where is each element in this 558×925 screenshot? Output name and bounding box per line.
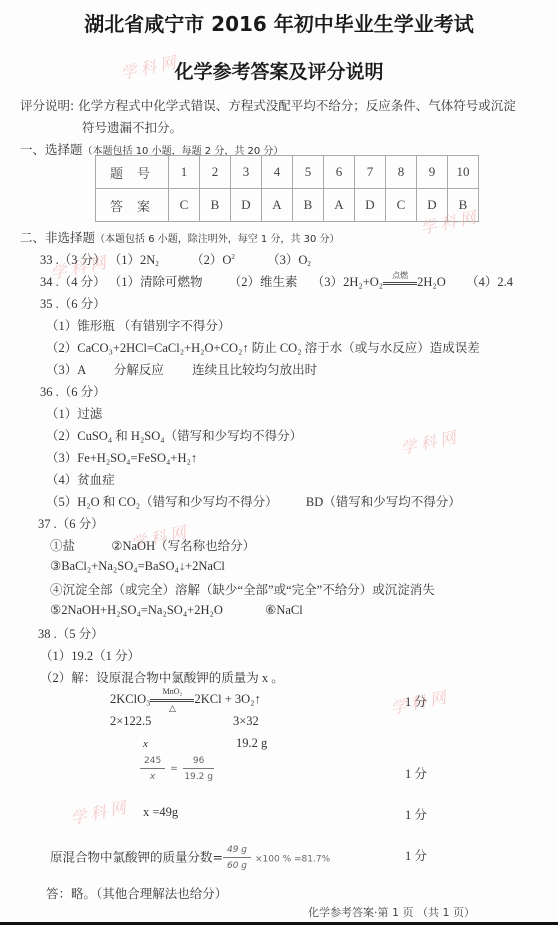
q38-result: x =49g xyxy=(143,805,178,820)
q34-p2: （2）维生素 xyxy=(229,275,298,289)
question-number: 6 xyxy=(324,156,355,189)
q38-ratio: 245x = 9619.2 g xyxy=(140,756,214,782)
table-row-numbers: 题号 1 2 3 4 5 6 7 8 9 10 xyxy=(96,156,479,189)
q33-line: 33 .（3 分） （1）2N2 （2）O2 （3）O2 xyxy=(40,250,311,268)
score-label: 1 分 xyxy=(405,846,427,864)
question-number: 8 xyxy=(386,156,417,189)
q36-p5-a: （5）H₂O 和 CO₂（错写和少写均不得分） xyxy=(46,495,278,509)
question-number: 4 xyxy=(262,156,293,189)
watermark: 学科网 xyxy=(398,424,461,459)
q34-p4: （4）2.4 xyxy=(466,275,513,289)
row-label: 题号 xyxy=(96,156,169,189)
answer-cell: B xyxy=(200,189,231,222)
q35-head: 35 .（6 分） xyxy=(40,294,106,312)
q33-head: 33 .（3 分） xyxy=(40,253,106,267)
q38-eq-right: 2KCl + 3O₂↑ xyxy=(194,692,260,706)
q37-p5: ⑤2NaOH+H₂SO₄=Na₂SO₄+2H₂O xyxy=(50,603,223,617)
q34-p3-label: （3） xyxy=(312,275,343,289)
q36-p5: （5）H₂O 和 CO₂（错写和少写均不得分） BD（错写和少写均不得分） xyxy=(46,492,461,510)
score-label: 1 分 xyxy=(405,805,427,823)
q35-p1: （1）锥形瓶 （有错别字不得分） xyxy=(46,316,230,334)
page-footer: 化学参考答案·第 1 页 （共 1 页） xyxy=(308,904,475,920)
q37-p1: ①盐 xyxy=(50,539,75,553)
q34-p1: （1）清除可燃物 xyxy=(109,275,203,289)
q38-mass-right: 3×32 xyxy=(233,714,259,729)
section1-title: 一、选择题 xyxy=(20,142,83,157)
q36-p1: （1）过滤 xyxy=(46,404,102,422)
q34-head: 34 .（4 分） xyxy=(40,275,106,289)
grading-note-label: 评分说明: xyxy=(20,98,74,113)
q35-p2: （2）CaCO₃+2HCl=CaCl₂+H₂O+CO₂↑ 防止 CO₂ 溶于水（… xyxy=(46,338,480,356)
q37-p2: ②NaOH（写名称也给分） xyxy=(111,539,255,553)
table-row-answers: 答案 C B D A B A D C D B xyxy=(96,189,479,222)
q34-line: 34 .（4 分） （1）清除可燃物 （2）维生素 （3）2H₂+O₂点燃2H₂… xyxy=(40,272,513,290)
answer-table: 题号 1 2 3 4 5 6 7 8 9 10 答案 C B D A B A D… xyxy=(95,155,479,222)
q38-answer: 答：略。（其他合理解法也给分） xyxy=(46,884,227,902)
q38-equation: 2KClO₃MnO₂△2KCl + 3O₂↑ xyxy=(110,692,261,707)
answer-cell: C xyxy=(386,189,417,222)
q33-p1-label: （1） xyxy=(109,253,140,267)
q38-var-right: 19.2 g xyxy=(236,736,267,751)
answer-cell: B xyxy=(293,189,324,222)
q33-p1-answer: 2N xyxy=(140,253,155,267)
grading-note-text: 化学方程式中化学式错误、方程式没配平均不给分；反应条件、气体符号或沉淀 xyxy=(78,98,516,113)
q37-p4: ④沉淀全部（或完全）溶解（缺少“全部”或“完全”不给分）或沉淀消失 xyxy=(50,580,435,598)
q38-head: 38 .（5 分） xyxy=(38,624,104,642)
q33-p3-label: （3） xyxy=(267,253,298,267)
q37-p6: ⑥NaCl xyxy=(265,603,303,617)
q36-p4: （4）贫血症 xyxy=(46,470,115,488)
section2-heading: 二、非选择题（本题包括 6 小题，除注明外，每空 1 分，共 30 分） xyxy=(20,228,340,246)
watermark: 学科网 xyxy=(68,794,131,829)
row-label: 答案 xyxy=(96,189,169,222)
fraction: 49 g60 g xyxy=(223,845,251,871)
q33-p2-label: （2） xyxy=(191,253,222,267)
fraction: 245x xyxy=(140,756,165,782)
q35-p2-note: 防止 CO₂ 溶于水（或与水反应）造成误差 xyxy=(252,341,480,355)
answer-cell: D xyxy=(355,189,386,222)
q34-p3-right: 2H₂O xyxy=(417,275,446,289)
q38-fraction-label: 原混合物中氯酸钾的质量分数= xyxy=(50,850,223,865)
q35-p2-equation: （2）CaCO₃+2HCl=CaCl₂+H₂O+CO₂↑ xyxy=(46,341,249,355)
document-subtitle: 化学参考答案及评分说明 xyxy=(0,57,558,84)
question-number: 2 xyxy=(200,156,231,189)
q35-p3: （3）A 分解反应 连续且比较均匀放出时 xyxy=(46,360,317,378)
q36-head: 36 .（6 分） xyxy=(40,382,106,400)
reaction-condition: 点燃 xyxy=(383,277,417,289)
q36-p3: （3）Fe+H₂SO₄=FeSO₄+H₂↑ xyxy=(46,448,197,466)
document-title: 湖北省咸宁市 2016 年初中毕业生学业考试 xyxy=(0,8,558,37)
question-number: 3 xyxy=(231,156,262,189)
q37-p3: ③BaCl₂+Na₂SO₄=BaSO₄↓+2NaCl xyxy=(50,558,225,574)
section2-title: 二、非选择题 xyxy=(20,230,95,245)
q38-var-left: x xyxy=(143,738,148,750)
grading-note-line1: 评分说明: 化学方程式中化学式错误、方程式没配平均不给分；反应条件、气体符号或沉… xyxy=(20,96,516,114)
q38-mass-left: 2×122.5 xyxy=(110,714,151,729)
q36-p5-b: BD（错写和少写均不得分） xyxy=(306,495,461,509)
q38-p1: （1）19.2（1 分） xyxy=(40,646,140,664)
fraction: 9619.2 g xyxy=(183,756,214,782)
q38-eq-left: 2KClO₃ xyxy=(110,692,150,706)
q37-p5-p6: ⑤2NaOH+H₂SO₄=Na₂SO₄+2H₂O ⑥NaCl xyxy=(50,602,303,618)
q34-p3-left: 2H₂+O₂ xyxy=(343,275,383,289)
answer-cell: A xyxy=(324,189,355,222)
q33-p2-answer: O xyxy=(222,253,231,267)
score-label: 1 分 xyxy=(405,764,427,782)
q36-p2: （2）CuSO₄ 和 H₂SO₄（错写和少写均不得分） xyxy=(46,426,302,444)
q35-p3-b: 分解反应 xyxy=(114,363,164,377)
question-number: 5 xyxy=(293,156,324,189)
score-label: 1 分 xyxy=(405,692,427,710)
answer-cell: B xyxy=(448,189,479,222)
q37-head: 37 .（6 分） xyxy=(38,514,104,532)
q33-p3-sub: 2 xyxy=(307,260,311,268)
reaction-condition: MnO₂△ xyxy=(150,694,194,706)
answer-cell: A xyxy=(262,189,293,222)
answer-cell: C xyxy=(169,189,200,222)
grading-note-line2: 符号遗漏不扣分。 xyxy=(82,118,182,136)
answer-cell: D xyxy=(231,189,262,222)
q35-p3-a: （3）A xyxy=(46,363,86,377)
q37-p1-p2: ①盐 ②NaOH（写名称也给分） xyxy=(50,536,255,554)
question-number: 9 xyxy=(417,156,448,189)
q33-p1-sub: 2 xyxy=(155,260,159,268)
q38-fraction-tail: ×100 % =81.7% xyxy=(255,855,330,865)
answer-cell: D xyxy=(417,189,448,222)
question-number: 10 xyxy=(448,156,479,189)
q33-p2-sup: 2 xyxy=(231,253,235,261)
q35-p3-c: 连续且比较均匀放出时 xyxy=(192,363,317,377)
question-number: 7 xyxy=(355,156,386,189)
question-number: 1 xyxy=(169,156,200,189)
q38-fraction-line: 原混合物中氯酸钾的质量分数=49 g60 g ×100 % =81.7% xyxy=(50,845,330,871)
q38-p2: （2）解：设原混合物中氯酸钾的质量为 x 。 xyxy=(40,668,284,686)
section2-note: （本题包括 6 小题，除注明外，每空 1 分，共 30 分） xyxy=(95,234,340,245)
